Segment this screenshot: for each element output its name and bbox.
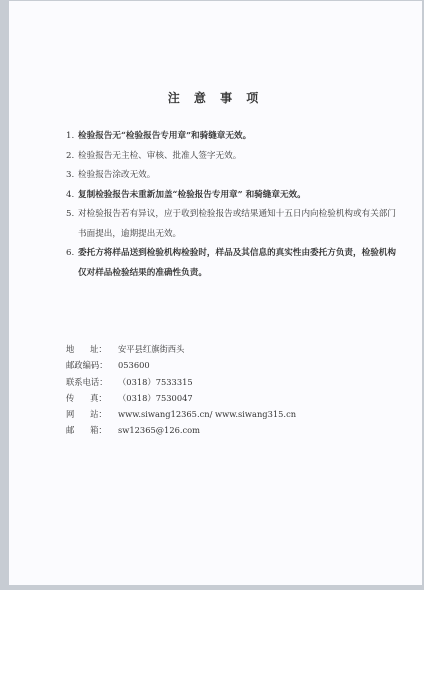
note-number: 5. <box>66 205 78 244</box>
contact-value: （0318）7533315 <box>118 374 396 390</box>
contact-label: 邮 箱： <box>66 422 118 438</box>
note-text: 检验报告无主检、审核、批准人签字无效。 <box>78 147 396 167</box>
note-item-2: 2. 检验报告无主检、审核、批准人签字无效。 <box>66 147 396 167</box>
notes-list: 1. 检验报告无“检验报告专用章”和骑缝章无效。 2. 检验报告无主检、审核、批… <box>66 127 396 283</box>
note-item-5: 5. 对检验报告若有异议，应于收到检验报告或结果通知十五日内向检验机构或有关部门… <box>66 205 396 244</box>
note-item-3: 3. 检验报告涂改无效。 <box>66 166 396 186</box>
contact-value: （0318）7530047 <box>118 390 396 406</box>
note-text: 检验报告涂改无效。 <box>78 166 396 186</box>
note-number: 6. <box>66 244 78 283</box>
note-number: 1. <box>66 127 78 147</box>
contact-value: sw12365@126.com <box>118 422 396 438</box>
document-page: 注 意 事 项 1. 检验报告无“检验报告专用章”和骑缝章无效。 2. 检验报告… <box>9 1 422 585</box>
contact-label: 网 站： <box>66 406 118 422</box>
contact-label: 地 址： <box>66 341 118 357</box>
contact-postcode: 邮政编码： 053600 <box>66 357 396 373</box>
note-text: 委托方将样品送到检验机构检验时，样品及其信息的真实性由委托方负责，检验机构仅对样… <box>78 244 396 283</box>
contact-email: 邮 箱： sw12365@126.com <box>66 422 396 438</box>
note-number: 3. <box>66 166 78 186</box>
note-item-1: 1. 检验报告无“检验报告专用章”和骑缝章无效。 <box>66 127 396 147</box>
page-title: 注 意 事 项 <box>9 89 422 106</box>
contact-value: 安平县红旗街西头 <box>118 341 396 357</box>
contact-label: 联系电话： <box>66 374 118 390</box>
contact-address: 地 址： 安平县红旗街西头 <box>66 341 396 357</box>
scan-frame: 注 意 事 项 1. 检验报告无“检验报告专用章”和骑缝章无效。 2. 检验报告… <box>0 0 424 590</box>
contact-website: 网 站： www.siwang12365.cn/ www.siwang315.c… <box>66 406 396 422</box>
contact-fax: 传 真： （0318）7530047 <box>66 390 396 406</box>
note-number: 2. <box>66 147 78 167</box>
contact-value: 053600 <box>118 357 396 373</box>
contact-label: 传 真： <box>66 390 118 406</box>
note-text: 检验报告无“检验报告专用章”和骑缝章无效。 <box>78 127 396 147</box>
note-item-6: 6. 委托方将样品送到检验机构检验时，样品及其信息的真实性由委托方负责，检验机构… <box>66 244 396 283</box>
contact-info: 地 址： 安平县红旗街西头 邮政编码： 053600 联系电话： （0318）7… <box>66 341 396 439</box>
contact-value: www.siwang12365.cn/ www.siwang315.cn <box>118 406 396 422</box>
note-text: 复制检验报告未重新加盖“检验报告专用章” 和骑缝章无效。 <box>78 186 396 206</box>
note-number: 4. <box>66 186 78 206</box>
note-item-4: 4. 复制检验报告未重新加盖“检验报告专用章” 和骑缝章无效。 <box>66 186 396 206</box>
note-text: 对检验报告若有异议，应于收到检验报告或结果通知十五日内向检验机构或有关部门书面提… <box>78 205 396 244</box>
contact-phone: 联系电话： （0318）7533315 <box>66 374 396 390</box>
contact-label: 邮政编码： <box>66 357 118 373</box>
